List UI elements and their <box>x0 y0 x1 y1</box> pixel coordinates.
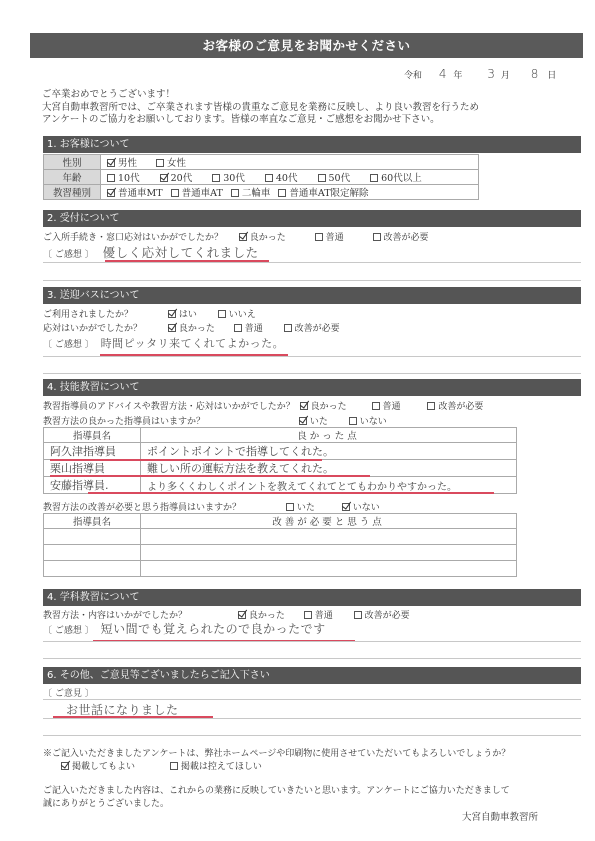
bus-usage-no[interactable]: いいえ <box>218 307 256 320</box>
checkbox-icon[interactable] <box>286 503 294 511</box>
improve-instructor-yes[interactable]: いた <box>286 500 315 513</box>
highlight-underline <box>50 475 370 477</box>
checkbox-icon[interactable] <box>234 324 242 332</box>
consent-allow[interactable]: 掲載してもよい <box>61 761 135 774</box>
consent-question: ※ご記入いただきましたアンケートは、弊社ホームページや印刷物に使用させていただい… <box>43 748 510 761</box>
date-line: 令和 4 年 3 月 8 日 <box>404 67 556 81</box>
section-6-header: 6. その他、ご意見等ございましたらご記入下さい <box>43 667 581 684</box>
bus-comment-text: 時間ピッタリ来てくれてよかった。 <box>101 337 285 350</box>
checkbox-icon[interactable] <box>349 417 357 425</box>
age-label: 年齢 <box>44 170 101 185</box>
checkbox-icon[interactable] <box>160 174 168 182</box>
customer-profile-table: 性別 男性 女性 年齢 10代 20代 30代 40代 50代 60代以上 教習… <box>43 154 479 200</box>
bus-usage-yes[interactable]: はい <box>168 307 197 320</box>
checkbox-icon[interactable] <box>107 174 115 182</box>
checkbox-icon[interactable] <box>427 402 435 410</box>
checkbox-icon[interactable] <box>171 189 179 197</box>
checkbox-icon[interactable] <box>318 174 326 182</box>
option-mt[interactable]: 普通車MT <box>107 185 163 199</box>
option-at[interactable]: 普通車AT <box>171 185 223 199</box>
checkbox-icon[interactable] <box>300 402 308 410</box>
age-row: 年齢 10代 20代 30代 40代 50代 60代以上 <box>44 170 479 185</box>
date-month[interactable]: 3 <box>487 67 495 81</box>
good-point[interactable]: より多くくわしくポイントを教えてくれてとてもわかりやすかった。 <box>141 477 517 494</box>
instructor-name[interactable] <box>44 545 141 561</box>
other-comment-label: 〔 ご意見 〕 <box>43 686 94 699</box>
date-day[interactable]: 8 <box>531 67 539 81</box>
checkbox-icon[interactable] <box>238 611 246 619</box>
comment-line <box>43 262 581 263</box>
comment-line <box>43 356 581 357</box>
course-type-label: 教習種別 <box>44 185 101 200</box>
good-point[interactable]: 難しい所の運転方法を教えてくれた。 <box>141 460 517 477</box>
skills-advice-good[interactable]: 良かった <box>300 399 347 412</box>
date-day-unit: 日 <box>547 68 556 81</box>
good-point[interactable]: ポイントポイントで指導してくれた。 <box>141 443 517 460</box>
date-era: 令和 <box>404 68 422 81</box>
school-signature: 大宮自動車教習所 <box>462 812 538 825</box>
column-header-good-points: 良かった点 <box>141 428 517 443</box>
column-header-improve-points: 改善が必要と思う点 <box>141 514 517 529</box>
bus-service-good[interactable]: 良かった <box>168 321 215 334</box>
table-row: 阿久津指導員 ポイントポイントで指導してくれた。 <box>44 443 517 460</box>
skills-advice-normal[interactable]: 普通 <box>372 399 401 412</box>
improve-instructor-no[interactable]: いない <box>342 500 380 513</box>
table-row <box>44 561 517 577</box>
reception-comment[interactable]: 〔 ご感想 〕 優しく応対してくれました <box>43 243 259 261</box>
column-header-instructor: 指導員名 <box>44 514 141 529</box>
comment-line <box>43 373 581 374</box>
intro-text: ご卒業おめでとうございます！ 大宮自動車教習所では、ご卒業されます皆様の貴重なご… <box>42 89 479 127</box>
comment-line <box>43 658 581 659</box>
improve-point[interactable] <box>141 529 517 545</box>
improve-instructor-table: 指導員名 改善が必要と思う点 <box>43 513 517 577</box>
checkbox-icon[interactable] <box>373 233 381 241</box>
gender-row: 性別 男性 女性 <box>44 155 479 170</box>
checkbox-icon[interactable] <box>372 402 380 410</box>
checkbox-icon[interactable] <box>231 189 239 197</box>
improve-point[interactable] <box>141 561 517 577</box>
table-row <box>44 545 517 561</box>
instructor-name[interactable]: 阿久津指導員 <box>44 443 141 460</box>
intro-line-2: 大宮自動車教習所では、ご卒業されます皆様の貴重なご意見を業務に反映し、より良い教… <box>42 102 479 115</box>
reception-comment-text: 優しく応対してくれました <box>103 245 259 260</box>
skills-advice-question: 教習指導員のアドバイスや教習方法・応対はいかがでしたか？ 良かった 普通 改善が… <box>43 399 499 412</box>
good-instructor-question: 教習方法の良かった指導員はいますか？ いた いない <box>43 414 403 427</box>
checkbox-icon[interactable] <box>354 611 362 619</box>
lecture-comment[interactable]: 〔 ご感想 〕 短い間でも覚えられたので良かったです <box>43 620 326 637</box>
checkbox-icon[interactable] <box>299 417 307 425</box>
form-title: お客様のご意見をお聞かせください <box>30 33 583 58</box>
column-header-instructor: 指導員名 <box>44 428 141 443</box>
bus-service-improve[interactable]: 改善が必要 <box>284 321 340 334</box>
option-female[interactable]: 女性 <box>156 155 186 169</box>
section-4-header: 4. 技能教習について <box>43 379 581 396</box>
improve-instructor-question: 教習方法の改善が必要と思う指導員はいますか？ いた いない <box>43 500 396 513</box>
section-5-header: 4. 学科教習について <box>43 589 581 606</box>
publication-consent: ※ご記入いただきましたアンケートは、弊社ホームページや印刷物に使用させていただい… <box>43 748 510 773</box>
highlight-underline <box>50 459 322 461</box>
course-type-row: 教習種別 普通車MT 普通車AT 二輪車 普通車AT限定解除 <box>44 185 479 200</box>
reception-option-improve[interactable]: 改善が必要 <box>373 230 429 243</box>
checkbox-icon[interactable] <box>370 174 378 182</box>
checkbox-icon[interactable] <box>170 762 178 770</box>
checkbox-icon[interactable] <box>239 233 247 241</box>
checkbox-icon[interactable] <box>168 310 176 318</box>
checkbox-icon[interactable] <box>284 324 292 332</box>
instructor-name[interactable]: 栗山指導員 <box>44 460 141 477</box>
instructor-name[interactable] <box>44 529 141 545</box>
comment-line <box>43 735 581 736</box>
checkbox-icon[interactable] <box>107 189 115 197</box>
gender-label: 性別 <box>44 155 101 170</box>
closing-line-1: ご記入いただきました内容は、これからの業務に反映していきたいと思います。アンケー… <box>43 785 510 798</box>
option-at-limit-removal[interactable]: 普通車AT限定解除 <box>278 185 368 199</box>
comment-line <box>43 641 581 642</box>
bus-usage-question: ご利用されましたか？ はい いいえ <box>43 307 272 320</box>
date-year[interactable]: 4 <box>439 67 447 81</box>
intro-line-3: アンケートのご協力をお願いしております。皆様の率直なご意見・ご感想をお聞かせ下さ… <box>42 114 479 127</box>
comment-line <box>43 280 581 281</box>
bus-service-question: 応対はいかがでしたか？ 良かった 普通 改善が必要 <box>43 321 356 334</box>
checkbox-icon[interactable] <box>212 174 220 182</box>
checkbox-icon[interactable] <box>218 310 226 318</box>
lecture-comment-text: 短い間でも覚えられたので良かったです <box>101 622 326 636</box>
option-motorcycle[interactable]: 二輪車 <box>231 185 271 199</box>
option-60s-plus[interactable]: 60代以上 <box>370 170 422 184</box>
option-male[interactable]: 男性 <box>107 155 137 169</box>
checkbox-icon[interactable] <box>61 762 69 770</box>
section-1-header: 1. お客様について <box>43 136 581 153</box>
date-year-unit: 年 <box>453 68 462 81</box>
checkbox-icon[interactable] <box>315 233 323 241</box>
good-instructor-yes[interactable]: いた <box>299 414 328 427</box>
section-3-header: 3. 送迎バスについて <box>43 287 581 304</box>
comment-line <box>43 699 581 700</box>
intro-line-1: ご卒業おめでとうございます！ <box>42 89 479 102</box>
checkbox-icon[interactable] <box>342 503 350 511</box>
closing-message: ご記入いただきました内容は、これからの業務に反映していきたいと思います。アンケー… <box>43 785 510 810</box>
reception-question: ご入所手続き・窓口応対はいかがでしたか？ 良かった 普通 改善が必要 <box>43 230 445 243</box>
bus-comment[interactable]: 〔 ご感想 〕 時間ピッタリ来てくれてよかった。 <box>43 335 284 351</box>
option-30s[interactable]: 30代 <box>212 170 245 184</box>
section-2-header: 2. 受付について <box>43 210 581 227</box>
consent-decline[interactable]: 掲載は控えてほしい <box>170 761 262 774</box>
lecture-option-improve[interactable]: 改善が必要 <box>354 608 410 621</box>
highlight-underline <box>88 492 494 494</box>
table-row <box>44 529 517 545</box>
table-header-row: 指導員名 良かった点 <box>44 428 517 443</box>
checkbox-icon[interactable] <box>278 189 286 197</box>
option-10s[interactable]: 10代 <box>107 170 140 184</box>
date-month-unit: 月 <box>501 68 510 81</box>
table-header-row: 指導員名 改善が必要と思う点 <box>44 514 517 529</box>
comment-line <box>43 718 581 719</box>
improve-point[interactable] <box>141 545 517 561</box>
checkbox-icon[interactable] <box>265 174 273 182</box>
option-40s[interactable]: 40代 <box>265 170 298 184</box>
option-50s[interactable]: 50代 <box>318 170 351 184</box>
reception-option-good[interactable]: 良かった <box>239 230 286 243</box>
checkbox-icon[interactable] <box>304 611 312 619</box>
instructor-name[interactable]: 安藤指導員. <box>44 477 141 494</box>
option-20s[interactable]: 20代 <box>160 170 193 184</box>
checkbox-icon[interactable] <box>168 324 176 332</box>
checkbox-icon[interactable] <box>107 159 115 167</box>
table-row: 栗山指導員 難しい所の運転方法を教えてくれた。 <box>44 460 517 477</box>
closing-line-2: 誠にありがとうございました。 <box>43 798 510 811</box>
good-instructor-no[interactable]: いない <box>349 414 387 427</box>
reception-option-normal[interactable]: 普通 <box>315 230 344 243</box>
table-row: 安藤指導員. より多くくわしくポイントを教えてくれてとてもわかりやすかった。 <box>44 477 517 494</box>
bus-service-normal[interactable]: 普通 <box>234 321 263 334</box>
instructor-name[interactable] <box>44 561 141 577</box>
skills-advice-improve[interactable]: 改善が必要 <box>427 399 483 412</box>
checkbox-icon[interactable] <box>156 159 164 167</box>
